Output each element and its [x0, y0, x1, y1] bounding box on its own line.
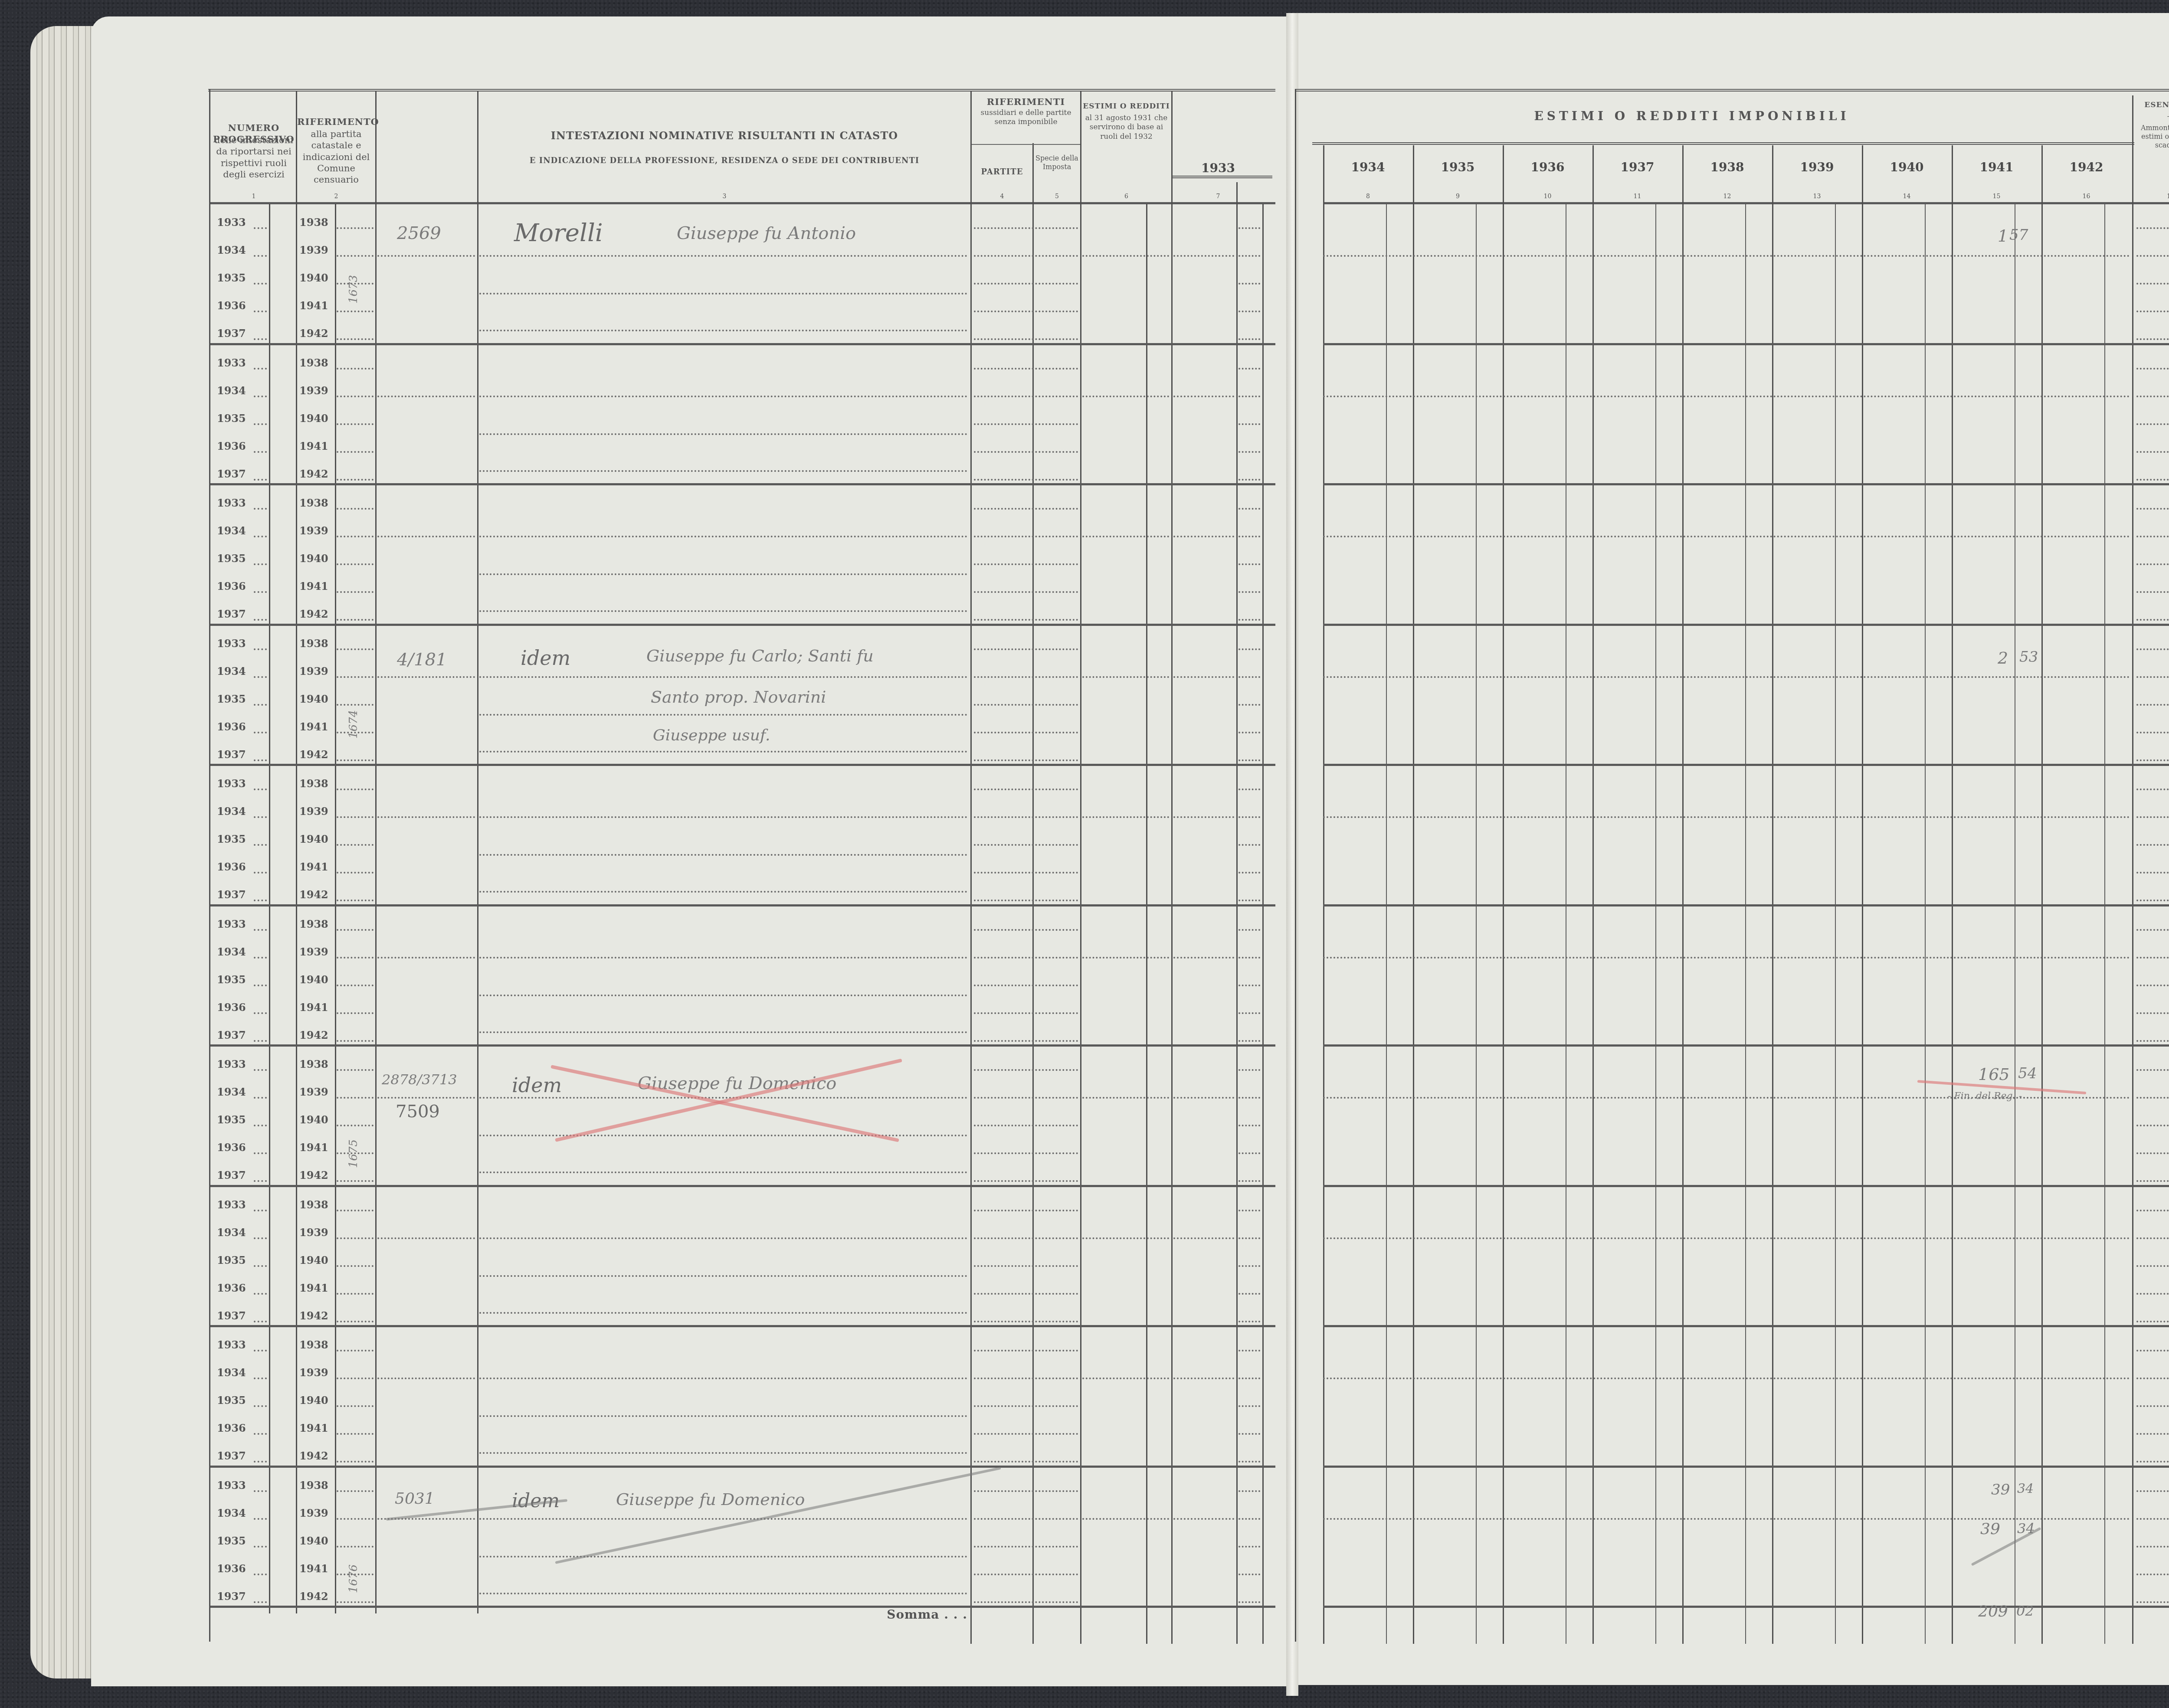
row-dots	[254, 1265, 267, 1267]
esenzioni-line	[2136, 789, 2169, 790]
somma-label: Somma . . .	[824, 1607, 967, 1622]
row-dots	[1082, 1518, 1169, 1520]
row-year-left: 1935	[217, 552, 246, 565]
row-dots	[1238, 1546, 1260, 1548]
row-year-right: 1941	[299, 1141, 328, 1154]
row-dots	[1238, 1378, 1260, 1379]
entry-7-surname: idem	[512, 1073, 562, 1097]
row-dots	[1082, 676, 1169, 678]
row-year-right: 1940	[299, 1113, 328, 1126]
row-year-left: 1935	[217, 833, 246, 845]
row-dots	[1238, 929, 1260, 931]
header-intestazioni-sub: E INDICAZIONE DELLA PROFESSIONE, RESIDEN…	[477, 156, 972, 166]
name-line	[479, 1097, 967, 1099]
row-dots	[974, 1321, 1078, 1322]
row-dots	[1238, 423, 1260, 425]
header-year: 1936	[1503, 160, 1592, 175]
row-dots	[254, 844, 267, 846]
row-dots	[254, 1152, 267, 1154]
row-dots	[974, 732, 1078, 733]
group-separator	[210, 764, 1275, 766]
row-dots	[337, 1012, 374, 1014]
row-dots	[974, 1518, 1078, 1520]
row-dots	[1082, 396, 1169, 397]
esenzioni-line	[2136, 648, 2169, 650]
amount-line	[1323, 1237, 2130, 1239]
group-separator	[1323, 483, 2169, 485]
row-dots	[254, 1378, 267, 1379]
row-year-left: 1936	[217, 1282, 246, 1294]
row-dots	[337, 396, 374, 397]
row-year-right: 1939	[299, 1086, 328, 1098]
row-dots	[1238, 227, 1260, 229]
name-line	[377, 536, 475, 537]
row-dots	[1082, 1378, 1169, 1379]
cents-divider	[2015, 204, 2015, 1644]
row-year-left: 1936	[217, 1562, 246, 1575]
row-dots	[337, 1293, 374, 1295]
group-separator	[210, 624, 1275, 626]
esenzioni-line	[2136, 1433, 2169, 1435]
row-dots	[337, 759, 374, 761]
row-dots	[974, 676, 1078, 678]
col-no-7: 7	[1173, 193, 1264, 201]
row-dots	[974, 929, 1078, 931]
row-year-left: 1933	[217, 918, 246, 930]
row-year-left: 1934	[217, 524, 246, 537]
group-separator	[1323, 1466, 2169, 1468]
name-line	[479, 470, 967, 472]
row-year-left: 1933	[217, 1338, 246, 1351]
row-dots	[337, 1461, 374, 1463]
header-esenzioni: ESENZIONI	[2133, 101, 2169, 110]
name-line	[377, 1237, 475, 1239]
row-dots	[1238, 957, 1260, 959]
header-year-1933: 1933	[1173, 160, 1264, 176]
esenzioni-line	[2136, 1350, 2169, 1351]
row-dots	[974, 1125, 1078, 1126]
row-dots	[974, 957, 1078, 959]
esenzioni-line	[2136, 1546, 2169, 1548]
row-dots	[974, 1237, 1078, 1239]
esenzioni-line	[2136, 311, 2169, 312]
header-partite: PARTITE	[972, 167, 1032, 177]
entry-4-surname: idem	[521, 646, 570, 670]
row-dots	[337, 844, 374, 846]
row-dots	[974, 1601, 1078, 1603]
amount-line	[1323, 396, 2130, 397]
row-dots	[1238, 872, 1260, 874]
row-dots	[337, 1125, 374, 1126]
row-dots	[1238, 1152, 1260, 1154]
row-year-left: 1937	[217, 1029, 246, 1041]
group-separator	[1323, 904, 2169, 906]
esenzioni-line	[2136, 759, 2169, 761]
row-year-right: 1939	[299, 665, 328, 677]
row-dots	[1238, 1069, 1260, 1071]
cents-divider	[1566, 204, 1566, 1644]
row-dots	[1238, 479, 1260, 481]
row-year-right: 1941	[299, 1562, 328, 1575]
name-line	[377, 816, 475, 818]
row-dots	[974, 536, 1078, 537]
amount-line	[1323, 676, 2130, 678]
row-dots	[254, 985, 267, 986]
entry-7-partita: 2878/3713	[382, 1071, 457, 1088]
header-year: 1937	[1592, 160, 1682, 175]
row-dots	[337, 872, 374, 874]
entry-4-partita: 4/181	[397, 650, 447, 670]
row-year-left: 1933	[217, 1198, 246, 1211]
row-dots	[1238, 844, 1260, 846]
name-line	[479, 293, 967, 294]
row-dots	[1082, 255, 1169, 257]
row-year-left: 1934	[217, 805, 246, 818]
row-dots	[337, 619, 374, 621]
esenzioni-line	[2136, 227, 2169, 229]
name-line	[479, 1237, 967, 1239]
row-dots	[254, 704, 267, 706]
row-dots	[1238, 1461, 1260, 1463]
header-year: 1938	[1682, 160, 1772, 175]
form-id: Mod. 111 - Imposte Dirette (Intercalare)…	[2152, 56, 2169, 65]
esenzioni-line	[2136, 396, 2169, 397]
row-dots	[1238, 732, 1260, 733]
esenzioni-line	[2136, 1518, 2169, 1520]
row-dots	[974, 479, 1078, 481]
row-dots	[974, 704, 1078, 706]
amount-line	[1323, 816, 2130, 818]
row-dots	[1238, 1405, 1260, 1407]
row-year-right: 1940	[299, 552, 328, 565]
col-no: 8	[1323, 193, 1413, 201]
row-year-left: 1933	[217, 216, 246, 229]
row-year-right: 1942	[299, 888, 328, 901]
row-dots	[337, 1546, 374, 1548]
row-dots	[974, 1012, 1078, 1014]
row-year-right: 1942	[299, 608, 328, 620]
name-line	[377, 255, 475, 257]
row-year-right: 1941	[299, 1282, 328, 1294]
row-dots	[1238, 311, 1260, 312]
row-year-left: 1936	[217, 720, 246, 733]
row-year-left: 1937	[217, 468, 246, 480]
row-dots	[254, 451, 267, 453]
group-separator	[210, 343, 1275, 345]
row-dots	[337, 1097, 374, 1099]
row-dots	[254, 227, 267, 229]
header-intestazioni: INTESTAZIONI NOMINATIVE RISULTANTI IN CA…	[477, 129, 972, 142]
row-dots	[254, 929, 267, 931]
row-dots	[974, 759, 1078, 761]
row-dots	[974, 368, 1078, 370]
esenzioni-line	[2136, 957, 2169, 959]
col-no-5: 5	[1034, 193, 1080, 201]
row-dots	[974, 1433, 1078, 1435]
name-line	[479, 1378, 967, 1379]
row-dots	[1238, 789, 1260, 790]
row-dots	[974, 789, 1078, 790]
name-line	[479, 255, 967, 257]
col-no: 16	[2041, 193, 2131, 201]
row-dots	[254, 732, 267, 733]
esenzioni-line	[2136, 423, 2169, 425]
row-year-right: 1939	[299, 244, 328, 256]
row-year-right: 1938	[299, 1479, 328, 1492]
row-year-right: 1940	[299, 272, 328, 284]
esenzioni-line	[2136, 619, 2169, 621]
entry-1-details: Giuseppe fu Antonio	[677, 223, 856, 243]
row-year-right: 1939	[299, 805, 328, 818]
row-year-right: 1941	[299, 580, 328, 592]
row-dots	[1173, 676, 1234, 678]
row-year-left: 1933	[217, 497, 246, 509]
col-no-2: 2	[297, 193, 375, 201]
row-dots	[254, 1461, 267, 1463]
somma-1941: 209	[1978, 1603, 2008, 1620]
row-year-left: 1936	[217, 861, 246, 873]
row-dots	[974, 619, 1078, 621]
name-line	[479, 816, 967, 818]
row-dots	[1238, 338, 1260, 340]
header-year: 1941	[1952, 160, 2041, 175]
row-dots	[974, 255, 1078, 257]
row-dots	[254, 1237, 267, 1239]
row-year-right: 1941	[299, 1001, 328, 1014]
row-year-right: 1941	[299, 861, 328, 873]
row-dots	[337, 338, 374, 340]
name-line	[479, 1171, 967, 1173]
row-dots	[254, 789, 267, 790]
row-dots	[254, 676, 267, 678]
group-separator	[1323, 343, 2169, 345]
entry-10-amount-1941-cents: 34	[2017, 1481, 2034, 1496]
group-separator	[1323, 1185, 2169, 1187]
row-dots	[254, 1350, 267, 1351]
row-dots	[1173, 957, 1234, 959]
cents-divider	[1745, 204, 1746, 1644]
col-no: 9	[1413, 193, 1503, 201]
row-year-left: 1933	[217, 357, 246, 369]
row-dots	[1238, 1180, 1260, 1182]
row-dots	[974, 1069, 1078, 1071]
row-year-left: 1934	[217, 244, 246, 256]
row-year-right: 1938	[299, 357, 328, 369]
row-dots	[337, 1601, 374, 1603]
col-no: 14	[1862, 193, 1952, 201]
right-page	[1295, 13, 2169, 1685]
col-no: 13	[1772, 193, 1862, 201]
row-dots	[337, 368, 374, 370]
entry-4-details: Giuseppe fu Carlo; Santi fu	[646, 646, 874, 665]
row-year-left: 1936	[217, 580, 246, 592]
esenzioni-line	[2136, 676, 2169, 678]
row-dots	[337, 255, 374, 257]
year-col-border	[2041, 145, 2043, 1644]
cents-divider	[1835, 204, 1836, 1644]
row-dots	[337, 789, 374, 790]
row-dots	[337, 1040, 374, 1042]
name-line	[479, 396, 967, 397]
name-line	[479, 1031, 967, 1033]
col-no-17: 17	[2133, 193, 2169, 201]
row-year-right: 1938	[299, 1338, 328, 1351]
cents-divider	[1476, 204, 1477, 1644]
row-year-right: 1941	[299, 1422, 328, 1434]
esenzioni-line	[2136, 1293, 2169, 1295]
esenzioni-line	[2136, 1601, 2169, 1603]
row-dots	[337, 929, 374, 931]
name-line	[479, 1518, 967, 1520]
row-dots	[337, 1237, 374, 1239]
row-dots	[1173, 255, 1234, 257]
row-year-left: 1934	[217, 1366, 246, 1379]
amount-line	[1323, 536, 2130, 537]
cents-divider	[2104, 204, 2105, 1644]
amount-line	[1323, 957, 2130, 959]
entry-7-prog-no: 1675	[347, 1139, 360, 1168]
row-year-right: 1938	[299, 1058, 328, 1070]
row-year-left: 1937	[217, 888, 246, 901]
row-year-right: 1941	[299, 299, 328, 312]
row-dots	[337, 451, 374, 453]
entry-4-amount-1941: 2	[1998, 648, 2008, 667]
row-dots	[974, 1405, 1078, 1407]
entry-1-prog-no: 1673	[347, 275, 360, 304]
year-col-border	[1862, 145, 1863, 1644]
entry-1-amount-1941-cents: 57	[2009, 226, 2028, 244]
year-col-border	[1682, 145, 1684, 1644]
group-separator	[210, 483, 1275, 485]
row-dots	[254, 508, 267, 510]
row-dots	[337, 311, 374, 312]
name-line	[377, 1378, 475, 1379]
row-dots	[974, 1293, 1078, 1295]
row-dots	[974, 1040, 1078, 1042]
row-year-left: 1937	[217, 1590, 246, 1603]
esenzioni-line	[2136, 1180, 2169, 1182]
row-dots	[254, 311, 267, 312]
row-dots	[254, 1490, 267, 1492]
row-year-right: 1941	[299, 440, 328, 452]
col-no: 10	[1503, 193, 1592, 201]
row-dots	[337, 479, 374, 481]
entry-4-details-3: Giuseppe usuf.	[653, 726, 770, 744]
row-year-left: 1933	[217, 637, 246, 650]
row-dots	[974, 508, 1078, 510]
row-dots	[254, 1180, 267, 1182]
cents-divider	[1655, 204, 1656, 1644]
row-dots	[337, 648, 374, 650]
row-year-left: 1937	[217, 748, 246, 761]
esenzioni-line	[2136, 451, 2169, 453]
name-line	[479, 714, 967, 716]
row-dots	[337, 816, 374, 818]
row-dots	[974, 985, 1078, 986]
esenzioni-line	[2136, 368, 2169, 370]
row-year-right: 1942	[299, 1450, 328, 1462]
row-dots	[1173, 396, 1234, 397]
row-year-right: 1940	[299, 833, 328, 845]
row-dots	[254, 591, 267, 593]
col-no: 11	[1592, 193, 1682, 201]
row-dots	[337, 957, 374, 959]
row-dots	[974, 423, 1078, 425]
header-year: 1939	[1772, 160, 1862, 175]
row-dots	[974, 1546, 1078, 1548]
header-year: 1942	[2041, 160, 2131, 175]
esenzioni-line	[2136, 1125, 2169, 1126]
row-dots	[974, 227, 1078, 229]
row-year-left: 1937	[217, 1169, 246, 1181]
row-dots	[254, 1293, 267, 1295]
row-dots	[337, 1378, 374, 1379]
name-line	[479, 1312, 967, 1314]
row-dots	[254, 816, 267, 818]
amount-line	[1323, 1518, 2130, 1520]
name-line	[479, 957, 967, 959]
row-year-left: 1933	[217, 1479, 246, 1492]
row-year-left: 1934	[217, 946, 246, 958]
row-dots	[1238, 1012, 1260, 1014]
row-dots	[337, 227, 374, 229]
header-riferimento: RIFERIMENTO	[297, 116, 375, 128]
esenzioni-line	[2136, 1152, 2169, 1154]
row-dots	[974, 1574, 1078, 1575]
entry-7-partita-2: 7509	[396, 1102, 440, 1122]
group-separator	[210, 1606, 1275, 1608]
row-year-right: 1938	[299, 1198, 328, 1211]
row-dots	[254, 1012, 267, 1014]
row-year-left: 1934	[217, 665, 246, 677]
row-year-right: 1939	[299, 1366, 328, 1379]
group-separator	[210, 1466, 1275, 1468]
row-dots	[974, 1097, 1078, 1099]
row-year-right: 1940	[299, 1394, 328, 1407]
esenzioni-line	[2136, 479, 2169, 481]
row-dots	[254, 1574, 267, 1575]
name-line	[377, 957, 475, 959]
row-dots	[974, 451, 1078, 453]
header-esenzioni-dash: —	[2133, 112, 2169, 121]
row-year-left: 1933	[217, 1058, 246, 1070]
entry-4-amount-1941-cents: 53	[2019, 648, 2038, 666]
row-dots	[974, 338, 1078, 340]
group-separator	[1323, 1606, 2169, 1608]
header-year: 1940	[1862, 160, 1952, 175]
row-dots	[1173, 1518, 1234, 1520]
entry-10-prog-no: 1676	[347, 1564, 360, 1593]
row-dots	[254, 283, 267, 285]
row-dots	[254, 1040, 267, 1042]
row-dots	[254, 423, 267, 425]
row-year-right: 1939	[299, 1226, 328, 1239]
name-line	[377, 1097, 475, 1099]
entry-4-details-2: Santo prop. Novarini	[651, 687, 826, 707]
row-dots	[337, 1518, 374, 1520]
row-dots	[1082, 1097, 1169, 1099]
row-dots	[1238, 1321, 1260, 1322]
year-col-border	[1952, 145, 1953, 1644]
esenzioni-line	[2136, 1097, 2169, 1099]
name-line	[479, 1593, 967, 1594]
row-dots	[254, 900, 267, 901]
esenzioni-line	[2136, 1265, 2169, 1267]
row-dots	[1238, 1040, 1260, 1042]
row-dots	[1238, 816, 1260, 818]
row-dots	[337, 1265, 374, 1267]
header-estimi-1931: ESTIMI O REDDITI	[1081, 102, 1171, 111]
